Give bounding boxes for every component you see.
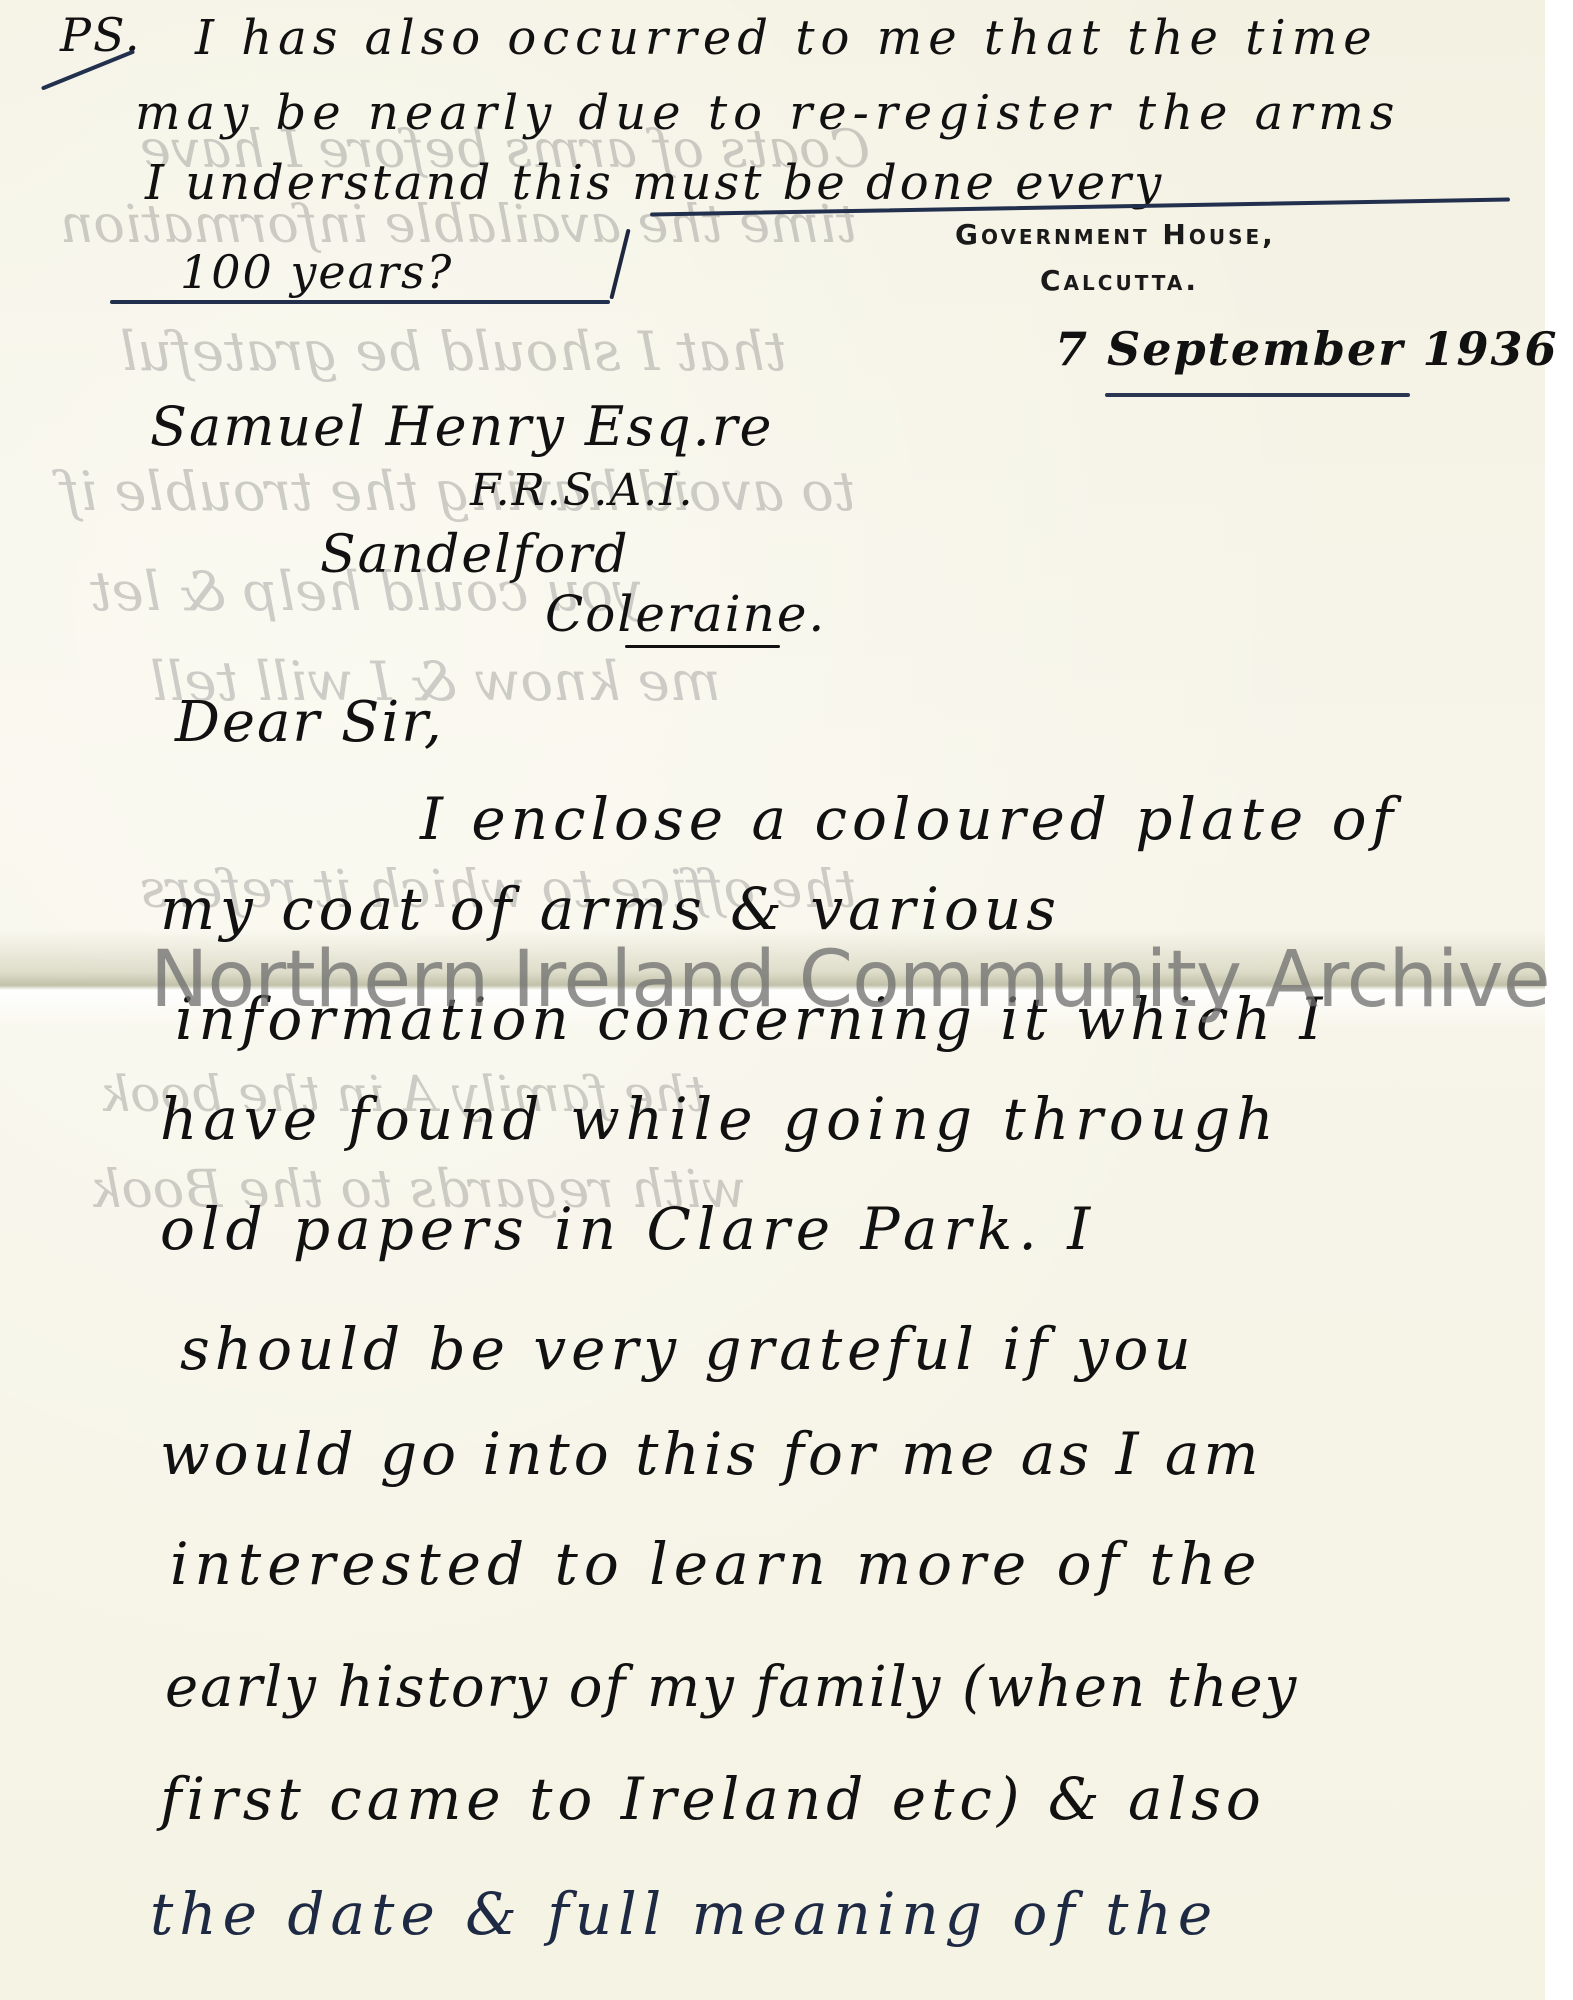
addressee-underline [625, 645, 780, 648]
postscript-line-4: 100 years? [180, 245, 453, 299]
body-line: should be very grateful if you [180, 1315, 1196, 1383]
letter-date: 7 September 1936 [1055, 322, 1559, 376]
letterhead-line-2: Calcutta. [1040, 264, 1199, 297]
date-underline [1105, 393, 1410, 397]
archive-watermark: Northern Ireland Community Archive [150, 935, 1450, 1025]
bleed-through-line: to avoid having the trouble if [60, 460, 855, 523]
body-line: old papers in Clare Park. I [160, 1195, 1096, 1263]
addressee-title: F.R.S.A.I. [470, 465, 694, 516]
addressee-house: Sandelford [320, 525, 630, 585]
body-line: have found while going through [160, 1085, 1280, 1153]
salutation: Dear Sir, [175, 690, 444, 755]
bleed-through-line: that I should be grateful [120, 320, 787, 383]
body-line: my coat of arms & various [160, 875, 1061, 943]
postscript-underline-2 [110, 300, 610, 304]
postscript-line-3: I understand this must be done every [145, 155, 1164, 211]
addressee-town: Coleraine. [545, 585, 826, 643]
body-line: I enclose a coloured plate of [420, 785, 1398, 853]
body-line: the date & full meaning of the [150, 1880, 1218, 1948]
body-line: would go into this for me as I am [160, 1420, 1263, 1488]
body-line: first came to Ireland etc) & also [160, 1765, 1266, 1833]
letterhead-line-1: Government House, [955, 218, 1276, 251]
body-line: interested to learn more of the [170, 1530, 1262, 1598]
postscript-line-1: I has also occurred to me that the time [195, 10, 1378, 66]
addressee-name: Samuel Henry Esq.re [150, 395, 774, 458]
body-line: early history of my family (when they [165, 1655, 1298, 1720]
postscript-line-2: may be nearly due to re-register the arm… [135, 85, 1400, 141]
